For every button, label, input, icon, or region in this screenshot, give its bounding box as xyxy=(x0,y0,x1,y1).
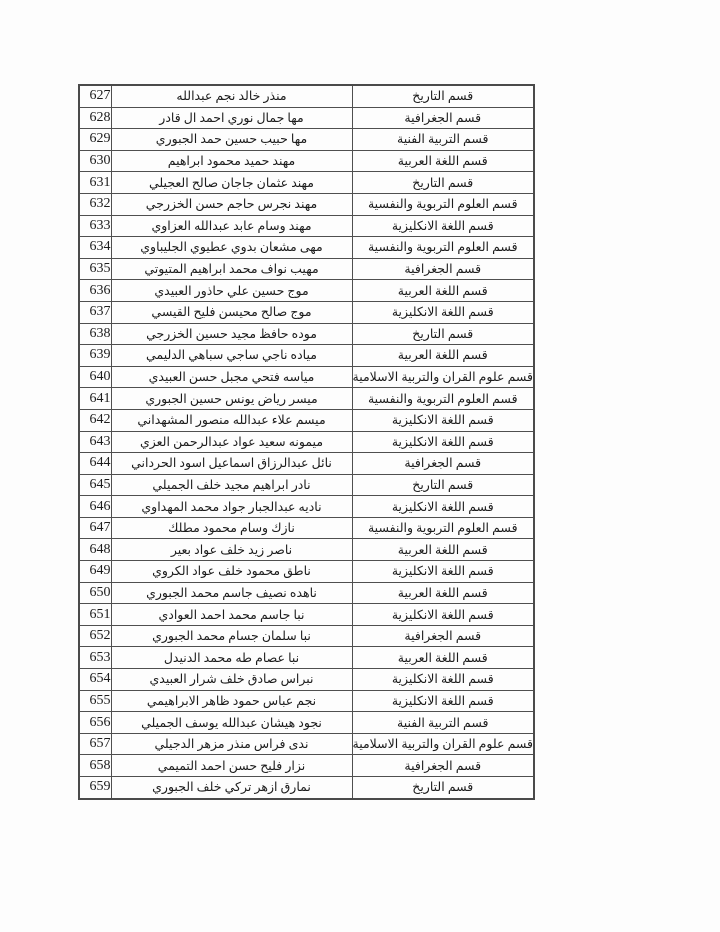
employee-name-cell: نبراس صادق خلف شرار العبيدي xyxy=(111,669,352,691)
department-cell: قسم اللغة العربية xyxy=(352,150,534,172)
employee-name-cell: نادر ابراهيم مجيد خلف الجميلي xyxy=(111,474,352,496)
table-row: 656نجود هيشان عبدالله يوسف الجميليقسم ال… xyxy=(79,712,534,734)
table-row: 643ميمونه سعيد عواد عبدالرحمن العزيقسم ا… xyxy=(79,431,534,453)
row-number-cell: 656 xyxy=(79,712,111,734)
table-row: 651نبا جاسم محمد احمد العواديقسم اللغة ا… xyxy=(79,604,534,626)
row-number-cell: 627 xyxy=(79,85,111,107)
employee-name-cell: موج حسين علي حاذور العبيدي xyxy=(111,280,352,302)
row-number-cell: 643 xyxy=(79,431,111,453)
employee-name-cell: نائل عبدالرزاق اسماعيل اسود الحرداني xyxy=(111,453,352,475)
row-number-cell: 630 xyxy=(79,150,111,172)
row-number-cell: 650 xyxy=(79,582,111,604)
row-number-cell: 649 xyxy=(79,561,111,583)
department-cell: قسم الجغرافية xyxy=(352,453,534,475)
table-row: 649ناطق محمود خلف عواد الكرويقسم اللغة ا… xyxy=(79,561,534,583)
department-cell: قسم اللغة الانكليزية xyxy=(352,669,534,691)
row-number-cell: 657 xyxy=(79,733,111,755)
employee-name-cell: مهيب نواف محمد ابراهيم المتيوتي xyxy=(111,258,352,280)
row-number-cell: 633 xyxy=(79,215,111,237)
department-cell: قسم اللغة الانكليزية xyxy=(352,561,534,583)
row-number-cell: 653 xyxy=(79,647,111,669)
table-row: 648ناصر زيد خلف عواد بعيرقسم اللغة العرب… xyxy=(79,539,534,561)
department-cell: قسم اللغة الانكليزية xyxy=(352,409,534,431)
employee-name-cell: نزار فليح حسن احمد التميمي xyxy=(111,755,352,777)
row-number-cell: 646 xyxy=(79,496,111,518)
department-cell: قسم التربية الفنية xyxy=(352,712,534,734)
row-number-cell: 642 xyxy=(79,409,111,431)
employee-name-cell: ناهده نصيف جاسم محمد الجبوري xyxy=(111,582,352,604)
row-number-cell: 636 xyxy=(79,280,111,302)
table-row: 652نبا سلمان جسام محمد الجبوريقسم الجغرا… xyxy=(79,625,534,647)
department-cell: قسم الجغرافية xyxy=(352,107,534,129)
table-row: 642ميسم علاء عبدالله منصور المشهدانيقسم … xyxy=(79,409,534,431)
department-cell: قسم التاريخ xyxy=(352,474,534,496)
row-number-cell: 631 xyxy=(79,172,111,194)
table-row: 631مهند عثمان جاجان صالح العجيليقسم التا… xyxy=(79,172,534,194)
department-cell: قسم العلوم التربوية والنفسية xyxy=(352,193,534,215)
employee-name-cell: ناطق محمود خلف عواد الكروي xyxy=(111,561,352,583)
row-number-cell: 641 xyxy=(79,388,111,410)
employee-name-cell: مهند حميد محمود ابراهيم xyxy=(111,150,352,172)
department-cell: قسم اللغة الانكليزية xyxy=(352,496,534,518)
table-row: 633مهند وسام عابد عبدالله العزاويقسم الل… xyxy=(79,215,534,237)
employee-name-cell: مهند وسام عابد عبدالله العزاوي xyxy=(111,215,352,237)
employee-name-cell: ميسم علاء عبدالله منصور المشهداني xyxy=(111,409,352,431)
row-number-cell: 629 xyxy=(79,129,111,151)
department-cell: قسم اللغة العربية xyxy=(352,582,534,604)
employee-name-cell: مياسه فتحي مجبل حسن العبيدي xyxy=(111,366,352,388)
table-row: 645نادر ابراهيم مجيد خلف الجميليقسم التا… xyxy=(79,474,534,496)
employee-name-cell: نجود هيشان عبدالله يوسف الجميلي xyxy=(111,712,352,734)
department-cell: قسم الجغرافية xyxy=(352,625,534,647)
employee-name-cell: منذر خالد نجم عبدالله xyxy=(111,85,352,107)
row-number-cell: 639 xyxy=(79,345,111,367)
department-cell: قسم اللغة الانكليزية xyxy=(352,604,534,626)
department-cell: قسم التاريخ xyxy=(352,777,534,799)
employee-name-cell: نبا جاسم محمد احمد العوادي xyxy=(111,604,352,626)
table-row: 659نمارق ازهر تركي خلف الجبوريقسم التاري… xyxy=(79,777,534,799)
row-number-cell: 658 xyxy=(79,755,111,777)
table-row: 630مهند حميد محمود ابراهيمقسم اللغة العر… xyxy=(79,150,534,172)
department-cell: قسم علوم القران والتربية الاسلامية xyxy=(352,733,534,755)
table-row: 641ميسر رياض يونس حسين الجبوريقسم العلوم… xyxy=(79,388,534,410)
table-row: 655نجم عباس حمود ظاهر الابراهيميقسم اللغ… xyxy=(79,690,534,712)
table-row: 638موده حافظ مجيد حسين الخزرجيقسم التاري… xyxy=(79,323,534,345)
table-row: 658نزار فليح حسن احمد التميميقسم الجغراف… xyxy=(79,755,534,777)
table-row: 634مهى مشعان بدوي عطيوي الجليباويقسم الع… xyxy=(79,237,534,259)
table-row: 629مها حبيب حسين حمد الجبوريقسم التربية … xyxy=(79,129,534,151)
department-cell: قسم اللغة العربية xyxy=(352,280,534,302)
department-cell: قسم اللغة العربية xyxy=(352,539,534,561)
table-row: 650ناهده نصيف جاسم محمد الجبوريقسم اللغة… xyxy=(79,582,534,604)
row-number-cell: 628 xyxy=(79,107,111,129)
scanned-document-page: 627منذر خالد نجم عبداللهقسم التاريخ628مه… xyxy=(0,0,720,932)
department-cell: قسم اللغة الانكليزية xyxy=(352,215,534,237)
department-cell: قسم العلوم التربوية والنفسية xyxy=(352,237,534,259)
row-number-cell: 659 xyxy=(79,777,111,799)
row-number-cell: 647 xyxy=(79,517,111,539)
row-number-cell: 638 xyxy=(79,323,111,345)
employee-name-cell: موده حافظ مجيد حسين الخزرجي xyxy=(111,323,352,345)
department-cell: قسم العلوم التربوية والنفسية xyxy=(352,388,534,410)
employee-name-cell: ميسر رياض يونس حسين الجبوري xyxy=(111,388,352,410)
employee-name-cell: نبا سلمان جسام محمد الجبوري xyxy=(111,625,352,647)
department-cell: قسم علوم القران والتربية الاسلامية xyxy=(352,366,534,388)
employee-name-cell: مها حبيب حسين حمد الجبوري xyxy=(111,129,352,151)
department-cell: قسم اللغة الانكليزية xyxy=(352,690,534,712)
table-row: 639مياده ناجي ساجي سباهي الدليميقسم اللغ… xyxy=(79,345,534,367)
table-row: 647نازك وسام محمود مطلكقسم العلوم التربو… xyxy=(79,517,534,539)
department-cell: قسم العلوم التربوية والنفسية xyxy=(352,517,534,539)
employee-name-cell: مها جمال نوري احمد ال قادر xyxy=(111,107,352,129)
table-row: 653نبا عصام طه محمد الدنيدلقسم اللغة الع… xyxy=(79,647,534,669)
table-row: 635مهيب نواف محمد ابراهيم المتيوتيقسم ال… xyxy=(79,258,534,280)
row-number-cell: 632 xyxy=(79,193,111,215)
department-cell: قسم التاريخ xyxy=(352,172,534,194)
row-number-cell: 637 xyxy=(79,301,111,323)
employee-name-cell: نازك وسام محمود مطلك xyxy=(111,517,352,539)
row-number-cell: 652 xyxy=(79,625,111,647)
employee-name-cell: نبا عصام طه محمد الدنيدل xyxy=(111,647,352,669)
employee-name-cell: نجم عباس حمود ظاهر الابراهيمي xyxy=(111,690,352,712)
row-number-cell: 648 xyxy=(79,539,111,561)
table-row: 657ندى فراس منذر مزهر الدجيليقسم علوم ال… xyxy=(79,733,534,755)
department-cell: قسم اللغة الانكليزية xyxy=(352,431,534,453)
employee-name-cell: ناديه عبدالجبار جواد محمد المهداوي xyxy=(111,496,352,518)
table-row: 632مهند نجرس حاجم حسن الخزرجيقسم العلوم … xyxy=(79,193,534,215)
department-cell: قسم الجغرافية xyxy=(352,258,534,280)
employee-name-cell: ندى فراس منذر مزهر الدجيلي xyxy=(111,733,352,755)
employee-name-cell: مهند نجرس حاجم حسن الخزرجي xyxy=(111,193,352,215)
row-number-cell: 644 xyxy=(79,453,111,475)
department-cell: قسم التربية الفنية xyxy=(352,129,534,151)
department-cell: قسم الجغرافية xyxy=(352,755,534,777)
table-row: 627منذر خالد نجم عبداللهقسم التاريخ xyxy=(79,85,534,107)
department-cell: قسم اللغة الانكليزية xyxy=(352,301,534,323)
table-row: 637موج صالح محيسن فليح القيسيقسم اللغة ا… xyxy=(79,301,534,323)
row-number-cell: 654 xyxy=(79,669,111,691)
table-row: 646ناديه عبدالجبار جواد محمد المهداويقسم… xyxy=(79,496,534,518)
staff-table: 627منذر خالد نجم عبداللهقسم التاريخ628مه… xyxy=(78,84,535,800)
department-cell: قسم اللغة العربية xyxy=(352,345,534,367)
row-number-cell: 645 xyxy=(79,474,111,496)
employee-name-cell: نمارق ازهر تركي خلف الجبوري xyxy=(111,777,352,799)
department-cell: قسم اللغة العربية xyxy=(352,647,534,669)
table-row: 654نبراس صادق خلف شرار العبيديقسم اللغة … xyxy=(79,669,534,691)
row-number-cell: 655 xyxy=(79,690,111,712)
department-cell: قسم التاريخ xyxy=(352,85,534,107)
row-number-cell: 640 xyxy=(79,366,111,388)
table-row: 636موج حسين علي حاذور العبيديقسم اللغة ا… xyxy=(79,280,534,302)
table-row: 628مها جمال نوري احمد ال قادرقسم الجغراف… xyxy=(79,107,534,129)
employee-name-cell: موج صالح محيسن فليح القيسي xyxy=(111,301,352,323)
table-row: 640مياسه فتحي مجبل حسن العبيديقسم علوم ا… xyxy=(79,366,534,388)
row-number-cell: 635 xyxy=(79,258,111,280)
employee-name-cell: مياده ناجي ساجي سباهي الدليمي xyxy=(111,345,352,367)
department-cell: قسم التاريخ xyxy=(352,323,534,345)
row-number-cell: 634 xyxy=(79,237,111,259)
employee-name-cell: ناصر زيد خلف عواد بعير xyxy=(111,539,352,561)
employee-name-cell: ميمونه سعيد عواد عبدالرحمن العزي xyxy=(111,431,352,453)
row-number-cell: 651 xyxy=(79,604,111,626)
staff-table-body: 627منذر خالد نجم عبداللهقسم التاريخ628مه… xyxy=(79,85,534,799)
employee-name-cell: مهى مشعان بدوي عطيوي الجليباوي xyxy=(111,237,352,259)
employee-name-cell: مهند عثمان جاجان صالح العجيلي xyxy=(111,172,352,194)
table-row: 644نائل عبدالرزاق اسماعيل اسود الحردانيق… xyxy=(79,453,534,475)
